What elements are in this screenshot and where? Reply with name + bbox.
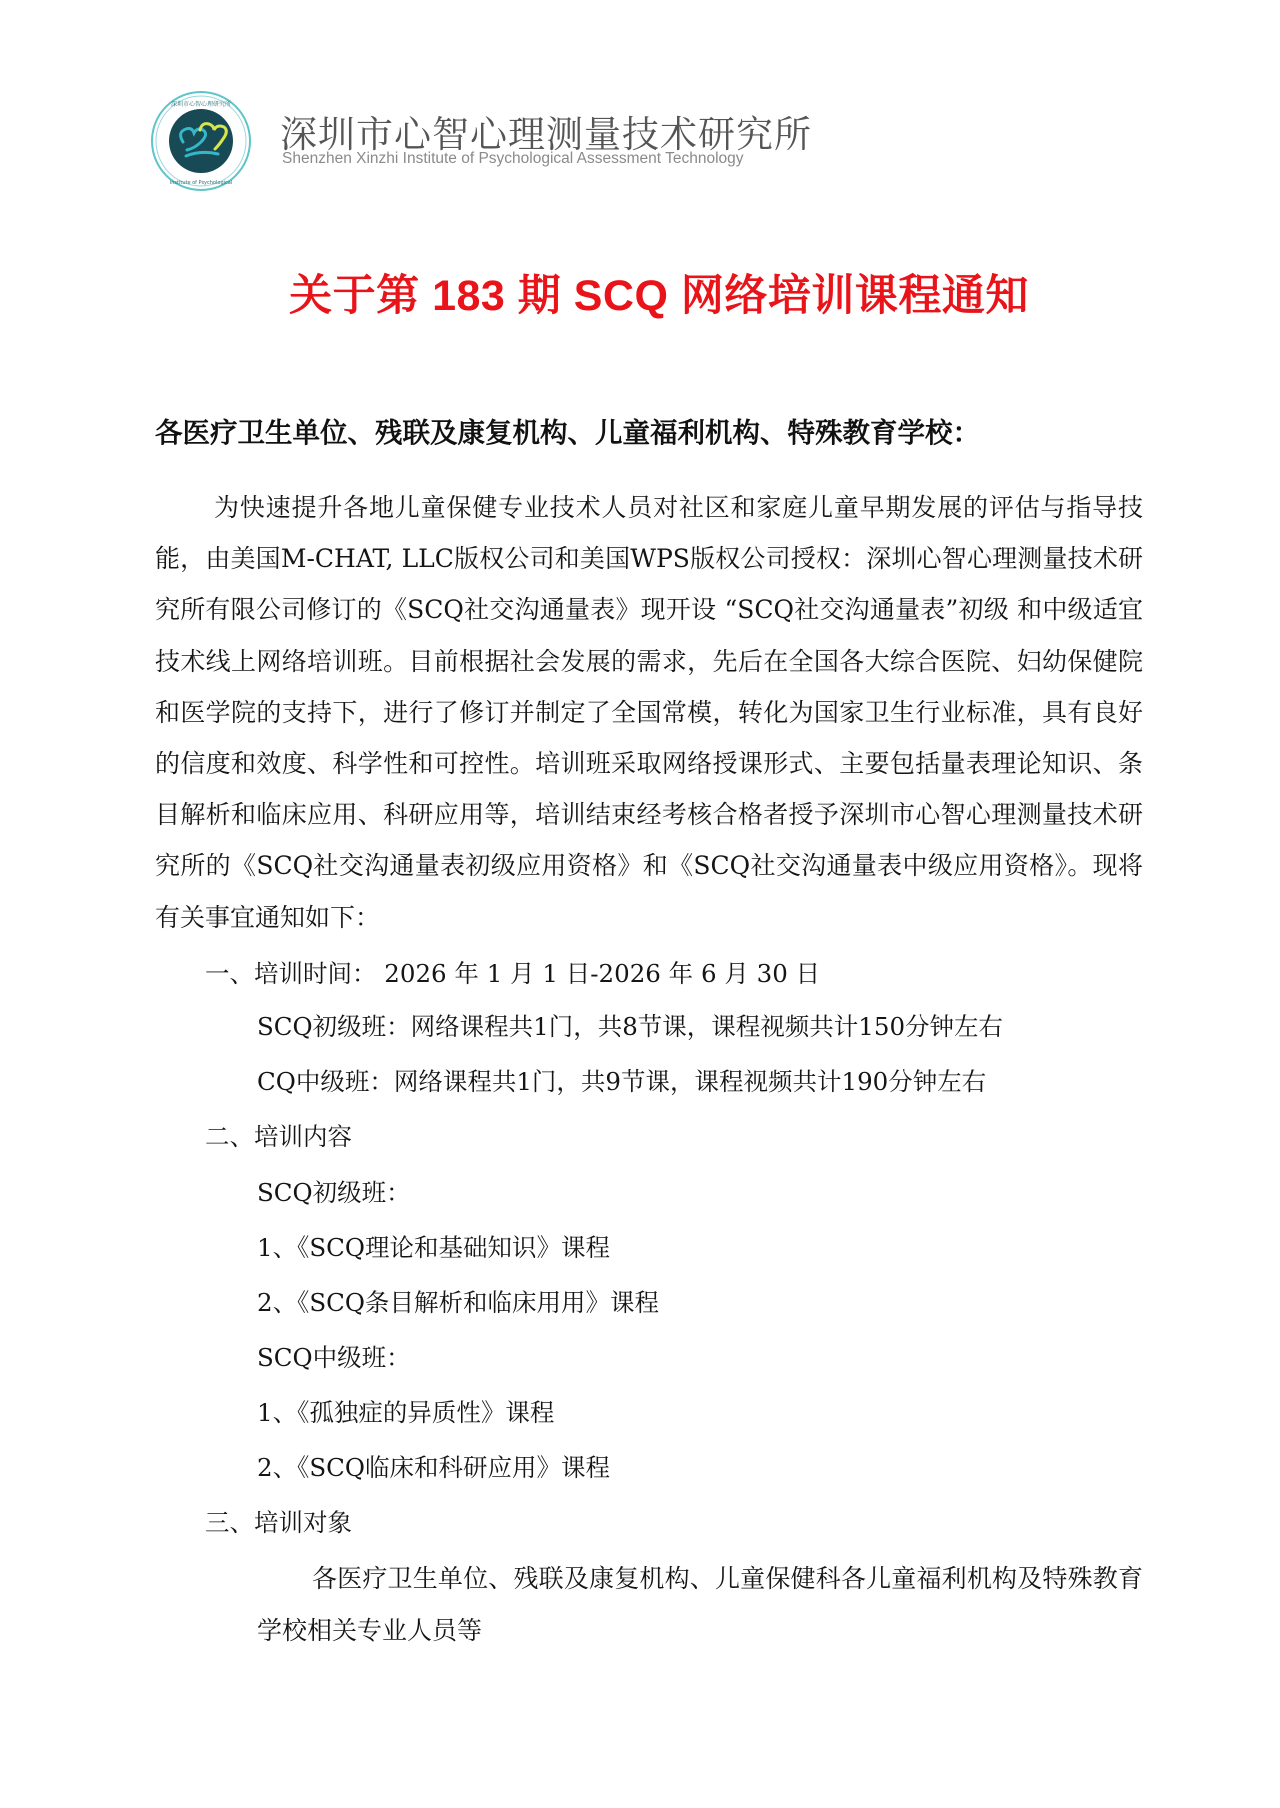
group-label-basic: SCQ初级班： [257,1174,411,1209]
schedule-line-intermediate: CQ中级班：网络课程共1门，共9节课，课程视频共计190分钟左右 [257,1063,986,1098]
course-item: 2、《SCQ临床和科研应用》课程 [257,1449,610,1484]
group-label-intermediate: SCQ中级班： [257,1339,411,1374]
institute-logo: 深圳市心智心理研究所 Institute of Psychological [150,90,252,192]
section-heading-training-content: 二、培训内容 [205,1118,352,1153]
org-name-en: Shenzhen Xinzhi Institute of Psychologic… [282,150,744,168]
institute-seal-logo-icon: 深圳市心智心理研究所 Institute of Psychological [150,90,252,192]
course-item: 1、《SCQ理论和基础知识》课程 [257,1229,610,1264]
course-item: 2、《SCQ条目解析和临床用用》课程 [257,1284,659,1319]
course-item: 1、《孤独症的异质性》课程 [257,1394,554,1429]
document-title: 关于第 183 期 SCQ 网络培训课程通知 [0,262,1280,323]
target-audience-text: 各医疗卫生单位、残联及康复机构、儿童保健科各儿童福利机构及特殊教育学校相关专业人… [257,1553,1143,1657]
svg-text:Institute of Psychological: Institute of Psychological [170,180,232,186]
section-heading-training-time: 一、培训时间： 2026 年 1 月 1 日-2026 年 6 月 30 日 [205,955,820,990]
intro-paragraph: 为快速提升各地儿童保健专业技术人员对社区和家庭儿童早期发展的评估与指导技能，由美… [155,482,1143,943]
schedule-line-basic: SCQ初级班：网络课程共1门，共8节课，课程视频共计150分钟左右 [257,1008,1003,1043]
svg-text:深圳市心智心理研究所: 深圳市心智心理研究所 [171,100,231,108]
section-heading-target-audience: 三、培训对象 [205,1504,352,1539]
salutation: 各医疗卫生单位、残联及康复机构、儿童福利机构、特殊教育学校： [155,410,980,450]
